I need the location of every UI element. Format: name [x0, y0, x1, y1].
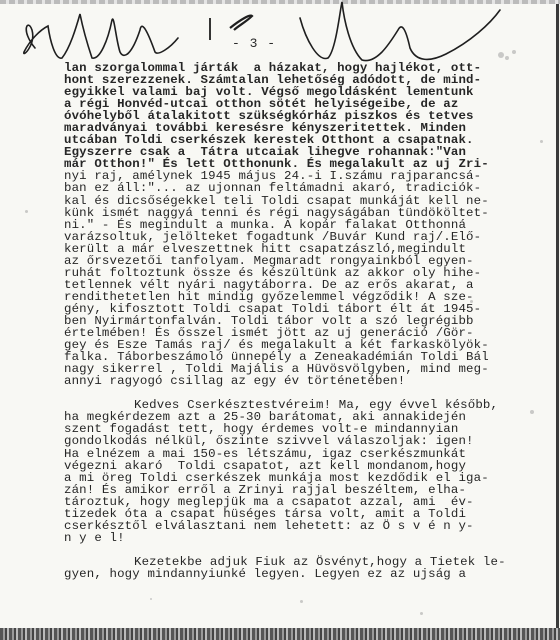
text-line: az őrsvezetői tanfolyam. Megmaradt rongy…	[64, 255, 544, 267]
scan-speck	[530, 410, 534, 414]
text-line: ban ez áll:"... az ujonnan feltámadni ak…	[64, 182, 544, 194]
text-line: cserkésztől elválasztani nem lehetett: a…	[64, 520, 544, 532]
text-line: kal és dicsőségekkel teli Toldi csapat m…	[64, 195, 544, 207]
paper-bottom-edge	[0, 628, 560, 640]
scan-speck	[540, 140, 543, 143]
scan-speck	[498, 52, 504, 58]
page-number: - 3 -	[232, 36, 276, 51]
text-line: annyi ragyogó csillag az egy év történet…	[64, 375, 544, 387]
scan-speck	[300, 600, 303, 603]
text-line: Ha elnézem a mai 150-es létszámu, igaz c…	[64, 448, 544, 460]
text-line: végezni akaró Toldi csapatot, azt kell m…	[64, 460, 544, 472]
text-line: tároztuk, hogy meglepjük ma a csapatot a…	[64, 496, 544, 508]
text-line: tizedek óta a csapat hüséges társa volt,…	[64, 508, 544, 520]
text-line: ni." - És megindult a munka. A kopár fal…	[64, 219, 544, 231]
text-line: a mi öreg Toldi cserkészek munkája most …	[64, 472, 544, 484]
text-line: gyen, hogy mindannyiunké legyen. Legyen …	[64, 568, 544, 580]
paper-top-edge	[0, 0, 560, 4]
text-line: került a már elveszettnek hitt csapatzás…	[64, 243, 544, 255]
scan-speck	[512, 50, 516, 54]
scan-speck	[25, 210, 28, 213]
text-line: zán! És amikor erről a Zrinyi rajjal bes…	[64, 484, 544, 496]
text-line: varázsoltuk, jelölteket fogadtunk /Buvár…	[64, 231, 544, 243]
typewritten-body: lan szorgalommal járták a házakat, hogy …	[64, 62, 544, 580]
scan-speck	[420, 612, 423, 615]
text-line: künk ismét naggyá tenni és régi nagyságá…	[64, 207, 544, 219]
scan-speck	[505, 56, 509, 60]
text-line: gondolkodás nélkül, őszinte szivvel vála…	[64, 435, 544, 447]
text-line: n y e l!	[64, 532, 544, 544]
scan-speck	[470, 300, 473, 303]
